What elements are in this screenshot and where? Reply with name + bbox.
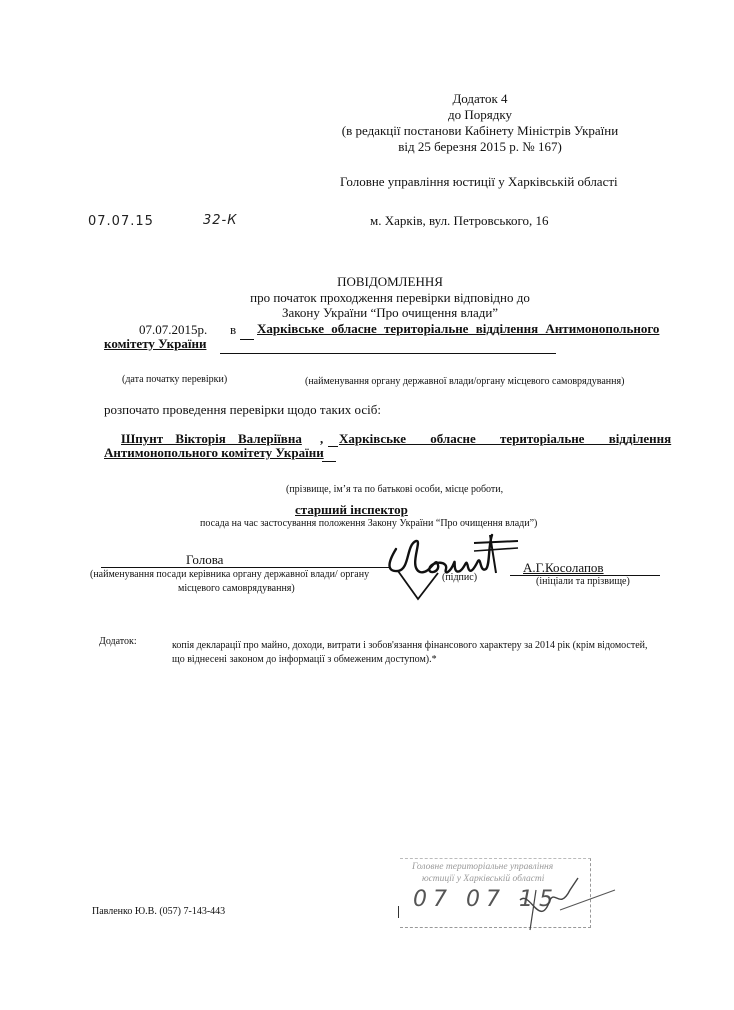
organization-underline	[220, 353, 556, 354]
signature-caption: (підпис)	[442, 572, 477, 583]
title-line-1: про початок проходження перевірки відпов…	[100, 290, 680, 306]
underline	[328, 446, 338, 447]
signatory-title-caption-2: місцевого самоврядування)	[178, 583, 295, 594]
check-date-caption: (дата початку перевірки)	[122, 374, 227, 385]
person-caption: (прізвище, ім’я та по батькові особи, мі…	[286, 484, 503, 495]
underline	[322, 461, 336, 462]
appendix-date-ref: від 25 березня 2015 р. № 167)	[330, 139, 630, 155]
appendix-order: до Порядку	[330, 107, 630, 123]
signatory-name: А.Г.Косолапов	[523, 560, 604, 576]
title-line-2: Закону України “Про очищення влади”	[100, 305, 680, 321]
check-organization-caption: (найменування органу державної влади/орг…	[305, 376, 624, 387]
signatory-title: Голова	[186, 552, 223, 568]
person-workplace-line-1: Харківське обласне територіальне відділе…	[339, 431, 667, 447]
recipient-address: м. Харків, вул. Петровського, 16	[370, 213, 548, 229]
handwritten-date: 07.07.15	[88, 214, 154, 229]
persons-intro: розпочато проведення перевірки щодо таки…	[104, 402, 381, 418]
attachment-text-line-2: що віднесені законом до інформації з обм…	[172, 654, 437, 665]
attachment-label: Додаток:	[99, 636, 137, 647]
signature-title-line	[101, 567, 391, 568]
stamp-signature	[500, 870, 620, 940]
appendix-edition: (в редакції постанови Кабінету Міністрів…	[330, 123, 630, 139]
underline	[240, 339, 254, 340]
signatory-name-caption: (ініціали та прізвище)	[536, 576, 630, 587]
check-prep: в	[230, 322, 236, 338]
appendix-number: Додаток 4	[330, 91, 630, 107]
executor-contact: Павленко Ю.В. (057) 7-143-443	[92, 906, 225, 917]
signatory-title-caption-1: (найменування посади керівника органу де…	[90, 569, 369, 580]
person-workplace-line-2: Антимонопольного комітету України	[104, 445, 324, 461]
attachment-text-line-1: копія декларації про майно, доходи, витр…	[172, 640, 648, 651]
person-position: старший інспектор	[295, 502, 408, 518]
check-organization-line-2: комітету України	[104, 336, 206, 352]
handwritten-signature	[378, 527, 538, 602]
document-title: ПОВІДОМЛЕННЯ	[100, 274, 680, 290]
stamp-tick	[398, 906, 399, 918]
handwritten-number: 32-К	[203, 213, 237, 228]
recipient-name: Головне управління юстиції у Харківській…	[340, 174, 618, 190]
check-organization-line-1: Харківське обласне територіальне відділе…	[257, 321, 668, 337]
